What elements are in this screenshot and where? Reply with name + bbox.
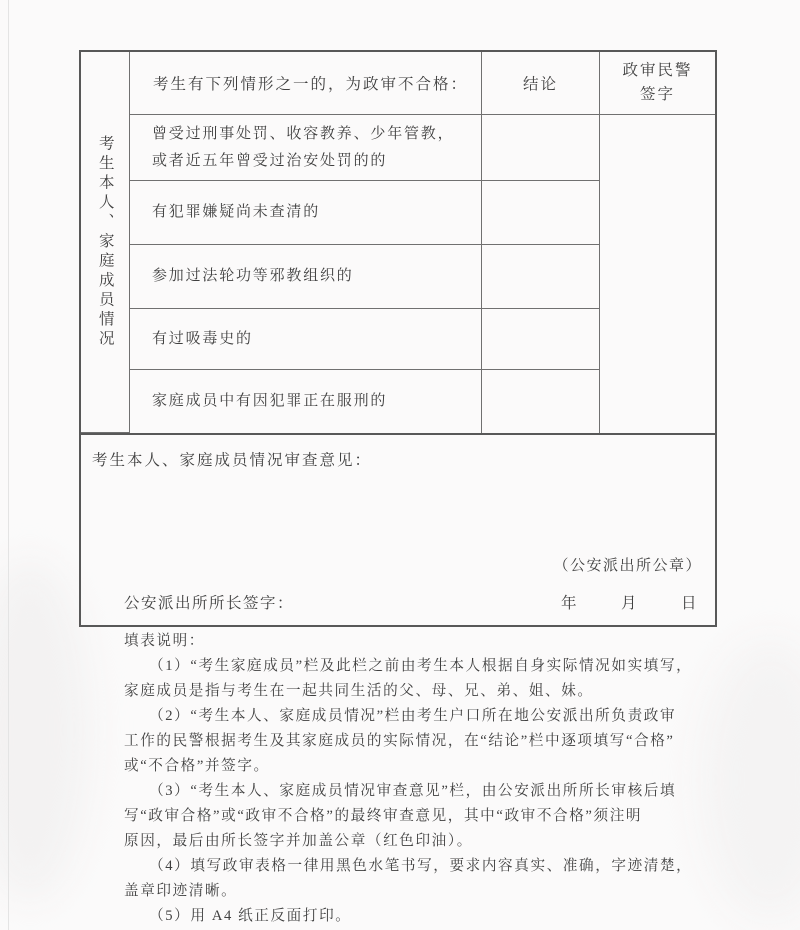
opinion-box: 考生本人、家庭成员情况审查意见： （公安派出所公章） 公安派出所所长签字： 年 … <box>79 435 717 627</box>
chief-signature-label: 公安派出所所长签字： <box>124 591 294 613</box>
condition-cell: 有犯罪嫌疑尚未查清的 <box>130 181 482 245</box>
note-line: （2）“考生本人、家庭成员情况”栏由考生户口所在地公安派出所负责政审 <box>124 704 709 729</box>
side-header-label: 考生本人、家庭成员情况 <box>97 135 113 350</box>
conclusion-cell-empty <box>482 370 600 433</box>
header-police-signature-line1: 政审民警 <box>622 59 692 83</box>
condition-cell: 有过吸毒史的 <box>130 309 482 370</box>
note-line: （1）“考生家庭成员”栏及此栏之前由考生本人根据自身实际情况如实填写， <box>124 654 709 679</box>
chief-signature-row: 公安派出所所长签字： 年 月 日 <box>81 591 715 613</box>
header-police-signature-cell: 政审民警 签字 <box>600 52 715 115</box>
filling-instructions: 填表说明： （1）“考生家庭成员”栏及此栏之前由考生本人根据自身实际情况如实填写… <box>124 629 709 929</box>
condition-text: 有过吸毒史的 <box>152 326 253 352</box>
note-line: 原因，最后由所长签字并加盖公章（红色印油）。 <box>124 829 709 854</box>
header-conclusion-cell: 结论 <box>482 52 600 115</box>
conclusion-cell-empty <box>482 181 600 245</box>
condition-cell: 家庭成员中有因犯罪正在服刑的 <box>130 370 482 433</box>
date-month-label: 月 <box>621 591 638 613</box>
side-header-cell: 考生本人、家庭成员情况 <box>81 52 130 433</box>
conclusion-cell-empty <box>482 309 600 370</box>
conclusion-cell-empty <box>482 245 600 309</box>
note-line: （5）用 A4 纸正反面打印。 <box>124 904 709 929</box>
condition-text: 参加过法轮功等邪教组织的 <box>152 263 354 289</box>
scan-edge-line <box>8 0 9 930</box>
note-line: 家庭成员是指与考生在一起共同生活的父、母、兄、弟、姐、妹。 <box>124 679 709 704</box>
condition-text: 有犯罪嫌疑尚未查清的 <box>152 199 320 225</box>
header-conclusion-label: 结论 <box>523 72 558 94</box>
note-line: （4）填写政审表格一律用黑色水笔书写，要求内容真实、准确，字迹清楚， <box>124 854 709 879</box>
header-condition-label: 考生有下列情形之一的，为政审不合格： <box>153 72 468 94</box>
condition-cell: 参加过法轮功等邪教组织的 <box>130 245 482 309</box>
notes-title: 填表说明： <box>124 629 709 654</box>
note-line: 盖章印迹清晰。 <box>124 879 709 904</box>
note-line: （3）“考生本人、家庭成员情况审查意见”栏，由公安派出所所长审核后填 <box>124 779 709 804</box>
header-police-signature-line2: 签字 <box>640 83 675 107</box>
note-line: 工作的民警根据考生及其家庭成员的实际情况，在“结论”栏中逐项填写“合格” <box>124 729 709 754</box>
note-line: 写“政审合格”或“政审不合格”的最终审查意见，其中“政审不合格”须注明 <box>124 804 709 829</box>
date-day-label: 日 <box>681 591 698 613</box>
note-line: 或“不合格”并签字。 <box>124 754 709 779</box>
police-signature-area-empty <box>600 115 715 433</box>
conclusion-cell-empty <box>482 115 600 181</box>
condition-cell: 曾受过刑事处罚、收容教养、少年管教，或者近五年曾受过治安处罚的的 <box>130 115 482 181</box>
header-condition-cell: 考生有下列情形之一的，为政审不合格： <box>130 52 482 115</box>
condition-text: 家庭成员中有因犯罪正在服刑的 <box>152 388 387 414</box>
opinion-title: 考生本人、家庭成员情况审查意见： <box>81 435 715 470</box>
form-sheet: 考生本人、家庭成员情况 考生有下列情形之一的，为政审不合格： 结论 政审民警 签… <box>79 50 717 627</box>
date-year-label: 年 <box>561 591 578 613</box>
scan-artifact-blob <box>0 560 90 900</box>
scan-artifact-blob <box>700 640 800 920</box>
date-labels: 年 月 日 <box>561 591 698 613</box>
condition-text: 曾受过刑事处罚、收容教养、少年管教，或者近五年曾受过治安处罚的的 <box>152 121 471 174</box>
official-seal-note: （公安派出所公章） <box>553 554 702 575</box>
political-review-table: 考生本人、家庭成员情况 考生有下列情形之一的，为政审不合格： 结论 政审民警 签… <box>79 50 717 435</box>
